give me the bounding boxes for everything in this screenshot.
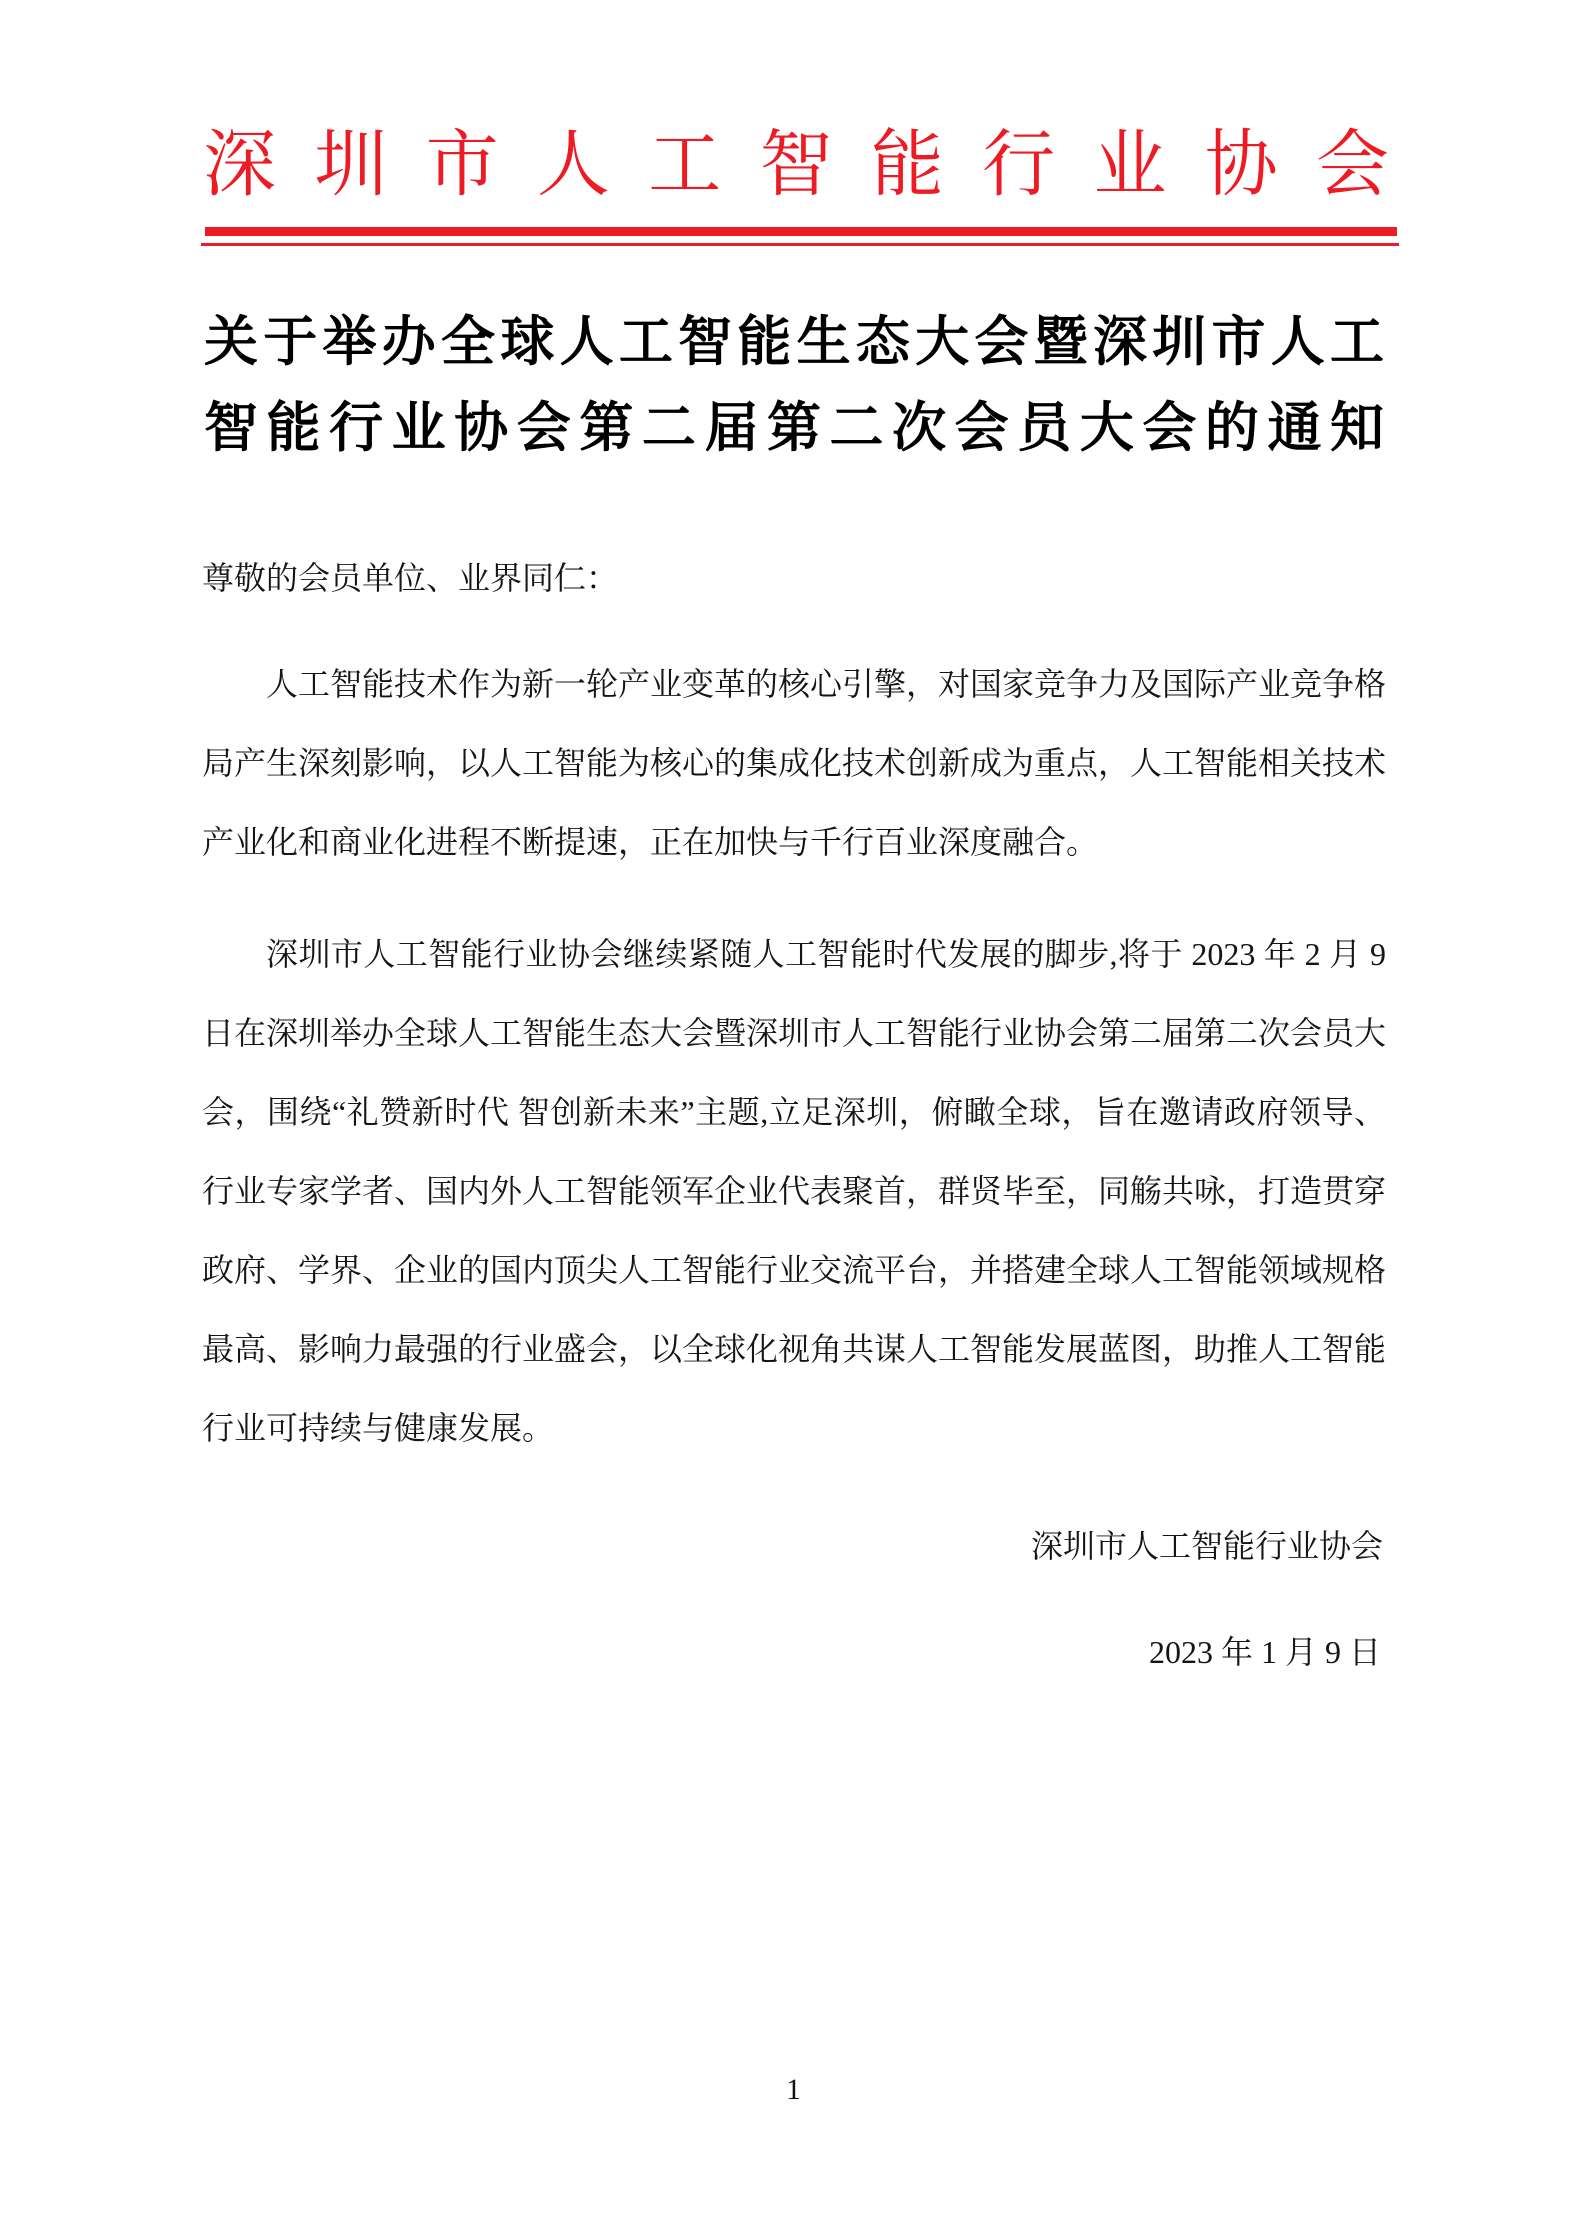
letterhead-rule-thin [201,243,1399,246]
letterhead-association-name: 深圳市人工智能行业协会 [203,116,1389,214]
notice-body: 人工智能技术作为新一轮产业变革的核心引擎，对国家竞争力及国际产业竞争格局产生深刻… [202,645,1386,1468]
letterhead-rule-thick [205,227,1397,236]
notice-date: 2023 年 1 月 9 日 [1149,1632,1381,1672]
body-paragraph-2: 深圳市人工智能行业协会继续紧随人工智能时代发展的脚步,将于 2023 年 2 月… [202,915,1386,1468]
notice-title-line-2: 智能行业协会第二届第二次会员大会的通知 [204,385,1384,471]
body-paragraph-1: 人工智能技术作为新一轮产业变革的核心引擎，对国家竞争力及国际产业竞争格局产生深刻… [202,645,1386,882]
page-number: 1 [0,2072,1587,2108]
salutation: 尊敬的会员单位、业界同仁： [202,556,618,600]
signature-association-name: 深圳市人工智能行业协会 [1031,1526,1383,1566]
notice-page: 深圳市人工智能行业协会 关于举办全球人工智能生态大会暨深圳市人工 智能行业协会第… [0,0,1587,2235]
notice-title: 关于举办全球人工智能生态大会暨深圳市人工 智能行业协会第二届第二次会员大会的通知 [204,299,1384,471]
notice-title-line-1: 关于举办全球人工智能生态大会暨深圳市人工 [204,299,1384,385]
